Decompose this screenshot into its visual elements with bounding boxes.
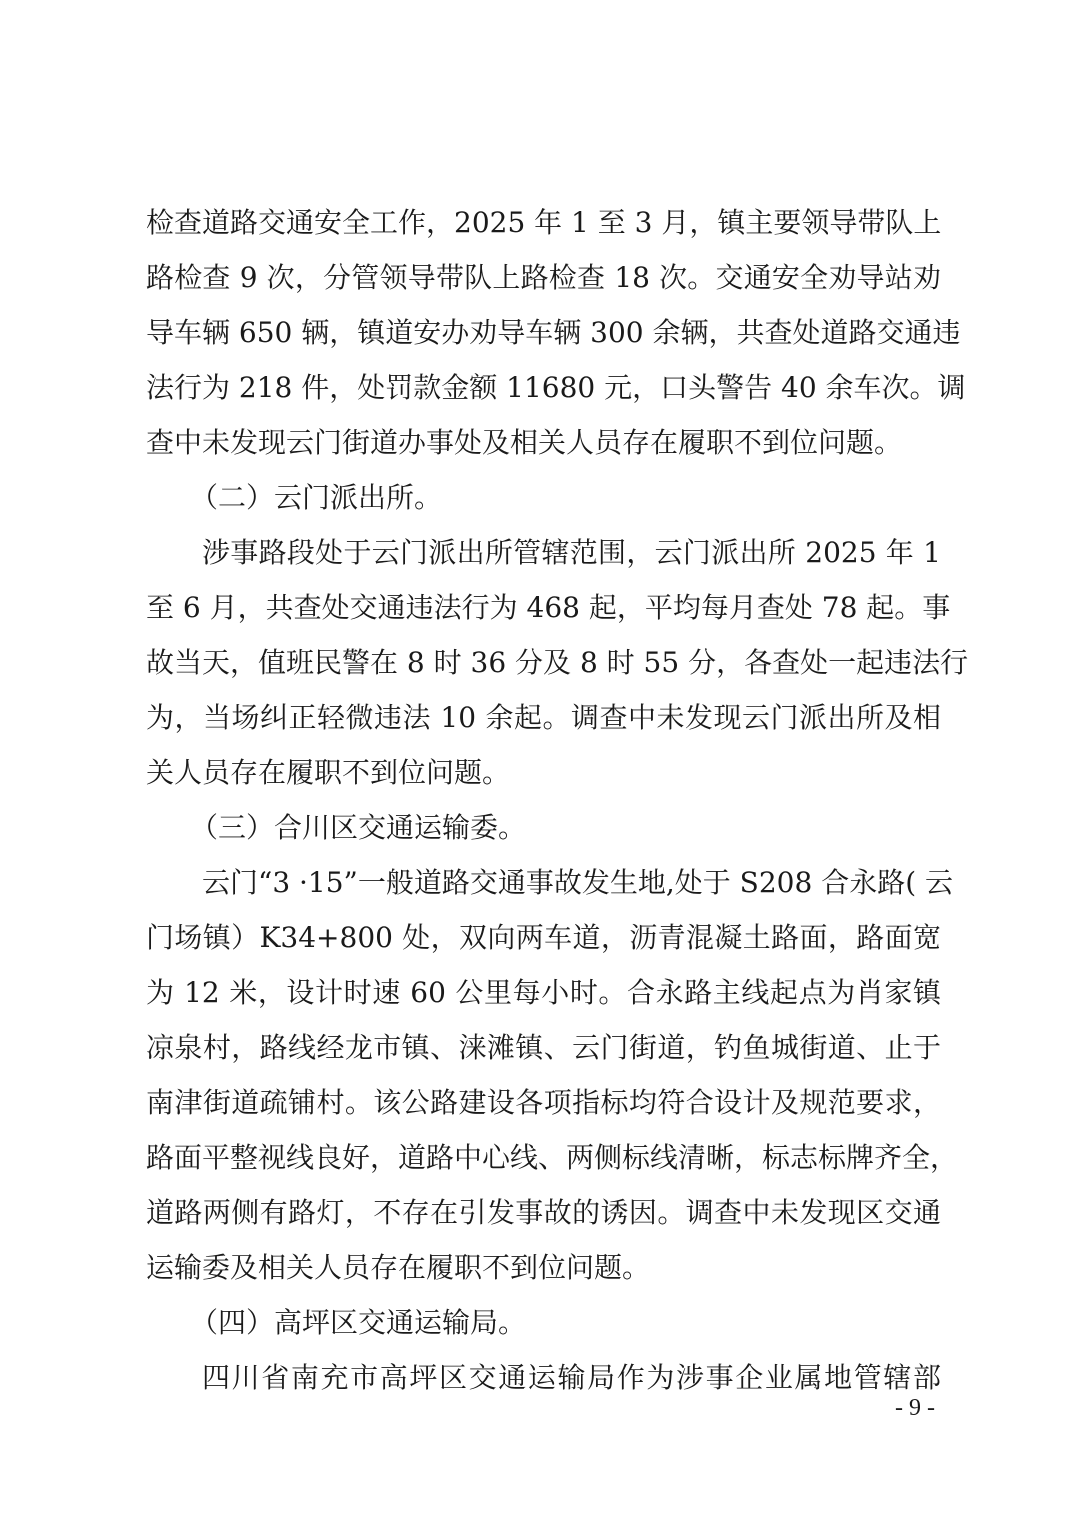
paragraph-line: 查中未发现云门街道办事处及相关人员存在履职不到位问题。 [146,423,941,463]
paragraph-line: 法行为 218 件，处罚款金额 11680 元，口头警告 40 余车次。调 [146,368,941,408]
paragraph-line: 关人员存在履职不到位问题。 [146,753,941,793]
section-heading-4: （四）高坪区交通运输局。 [190,1303,526,1343]
paragraph-line: 凉泉村，路线经龙市镇、涞滩镇、云门街道，钓鱼城街道、止于 [146,1028,941,1068]
paragraph-line: 道路两侧有路灯，不存在引发事故的诱因。调查中未发现区交通 [146,1193,941,1233]
page-number: - 9 - [895,1393,935,1423]
paragraph-line: 云门“3 ·15”一般道路交通事故发生地,处于 S208 合永路( 云 [202,863,941,903]
paragraph-line: 门场镇）K34+800 处，双向两车道，沥青混凝土路面，路面宽 [146,918,941,958]
paragraph-line: 路检查 9 次，分管领导带队上路检查 18 次。交通安全劝导站劝 [146,258,941,298]
paragraph-line: 检查道路交通安全工作，2025 年 1 至 3 月，镇主要领导带队上 [146,203,941,243]
section-heading-3: （三）合川区交通运输委。 [190,808,526,848]
paragraph-line: 路面平整视线良好，道路中心线、两侧标线清晰，标志标牌齐全， [146,1138,941,1178]
paragraph-line: 运输委及相关人员存在履职不到位问题。 [146,1248,941,1288]
paragraph-line: 至 6 月，共查处交通违法行为 468 起，平均每月查处 78 起。事 [146,588,941,628]
paragraph-line: 故当天，值班民警在 8 时 36 分及 8 时 55 分，各查处一起违法行 [146,643,941,683]
document-page: 检查道路交通安全工作，2025 年 1 至 3 月，镇主要领导带队上 路检查 9… [0,0,1074,1520]
paragraph-line: 为，当场纠正轻微违法 10 余起。调查中未发现云门派出所及相 [146,698,941,738]
paragraph-line: 导车辆 650 辆，镇道安办劝导车辆 300 余辆，共查处道路交通违 [146,313,941,353]
paragraph-line: 为 12 米，设计时速 60 公里每小时。合永路主线起点为肖家镇 [146,973,941,1013]
paragraph-line: 涉事路段处于云门派出所管辖范围，云门派出所 2025 年 1 [202,533,941,573]
section-heading-2: （二）云门派出所。 [190,478,442,518]
paragraph-line: 南津街道疏铺村。该公路建设各项指标均符合设计及规范要求， [146,1083,941,1123]
paragraph-line: 四川省南充市高坪区交通运输局作为涉事企业属地管辖部 [202,1358,941,1398]
